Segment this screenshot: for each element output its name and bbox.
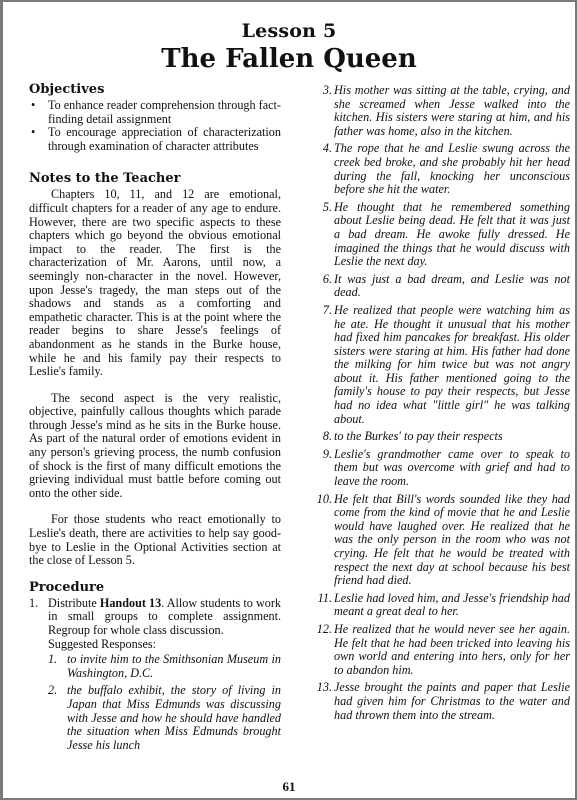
response-text: Leslie's grandmother came over to speak … xyxy=(334,447,570,488)
objectives-section: Objectives To enhance reader comprehensi… xyxy=(29,82,281,153)
response-number: 9. xyxy=(312,448,332,462)
notes-heading: Notes to the Teacher xyxy=(29,171,281,186)
objectives-heading: Objectives xyxy=(29,82,281,97)
step-number: 1. xyxy=(29,597,38,611)
response-item: 3.His mother was sitting at the table, c… xyxy=(334,84,570,138)
response-number: 3. xyxy=(312,84,332,98)
response-text: The rope that he and Leslie swung across… xyxy=(334,141,570,196)
notes-section: Notes to the Teacher Chapters 10, 11, an… xyxy=(29,171,281,567)
response-text: It was just a bad dream, and Leslie was … xyxy=(334,272,570,300)
procedure-section: Procedure 1. Distribute Handout 13. Allo… xyxy=(29,580,281,753)
response-item: 10.He felt that Bill's words sounded lik… xyxy=(334,493,570,588)
response-number: 6. xyxy=(312,273,332,287)
notes-paragraph: Chapters 10, 11, and 12 are emotional, d… xyxy=(29,188,281,378)
response-item: 5.He thought that he remembered somethin… xyxy=(334,201,570,269)
procedure-list: 1. Distribute Handout 13. Allow students… xyxy=(29,597,281,753)
right-column: 3.His mother was sitting at the table, c… xyxy=(334,82,570,726)
suggested-responses-label: Suggested Responses: xyxy=(48,638,281,652)
lesson-label: Lesson 5 xyxy=(3,20,575,42)
response-text: His mother was sitting at the table, cry… xyxy=(334,83,570,138)
response-item: 12.He realized that he would never see h… xyxy=(334,623,570,677)
procedure-heading: Procedure xyxy=(29,580,281,595)
response-number: 5. xyxy=(312,201,332,215)
procedure-step: 1. Distribute Handout 13. Allow students… xyxy=(29,597,281,753)
response-text: He realized that people were watching hi… xyxy=(334,303,570,426)
response-item: 11.Leslie had loved him, and Jesse's fri… xyxy=(334,592,570,619)
response-item: 13.Jesse brought the paints and paper th… xyxy=(334,681,570,722)
response-item: 7.He realized that people were watching … xyxy=(334,304,570,426)
response-number: 1. xyxy=(48,653,57,667)
response-number: 10. xyxy=(312,493,332,507)
responses-list-right: 3.His mother was sitting at the table, c… xyxy=(334,84,570,722)
response-number: 8. xyxy=(312,430,332,444)
response-text: to the Burkes' to pay their respects xyxy=(334,429,503,443)
response-text: He realized that he would never see her … xyxy=(334,622,570,677)
handout-reference: Handout 13 xyxy=(100,596,161,610)
response-number: 13. xyxy=(312,681,332,695)
page-title: The Fallen Queen xyxy=(3,44,575,74)
left-column: Objectives To enhance reader comprehensi… xyxy=(29,82,281,756)
response-item: 6.It was just a bad dream, and Leslie wa… xyxy=(334,273,570,300)
objectives-list: To enhance reader comprehension through … xyxy=(29,99,281,153)
responses-list-left: 1. to invite him to the Smithsonian Muse… xyxy=(48,653,281,752)
response-text: the buffalo exhibit, the story of living… xyxy=(67,683,281,751)
response-number: 7. xyxy=(312,304,332,318)
objective-item: To encourage appreciation of characteriz… xyxy=(29,126,281,153)
response-number: 2. xyxy=(48,684,57,698)
response-item: 1. to invite him to the Smithsonian Muse… xyxy=(48,653,281,680)
response-item: 8.to the Burkes' to pay their respects xyxy=(334,430,570,444)
response-item: 9.Leslie's grandmother came over to spea… xyxy=(334,448,570,489)
notes-paragraph: For those students who react emotionally… xyxy=(29,513,281,567)
response-number: 4. xyxy=(312,142,332,156)
notes-paragraph: The second aspect is the very realistic,… xyxy=(29,392,281,501)
response-item: 2. the buffalo exhibit, the story of liv… xyxy=(48,684,281,752)
objective-item: To enhance reader comprehension through … xyxy=(29,99,281,126)
response-number: 11. xyxy=(312,592,332,606)
response-text: He thought that he remembered something … xyxy=(334,200,570,268)
response-number: 12. xyxy=(312,623,332,637)
document-page: Lesson 5 The Fallen Queen Objectives To … xyxy=(0,0,577,800)
page-number: 61 xyxy=(3,779,575,795)
step-text-before: Distribute xyxy=(48,596,100,610)
response-text: to invite him to the Smithsonian Museum … xyxy=(67,652,281,680)
response-item: 4.The rope that he and Leslie swung acro… xyxy=(334,142,570,196)
response-text: He felt that Bill's words sounded like t… xyxy=(334,492,570,588)
response-text: Leslie had loved him, and Jesse's friend… xyxy=(334,591,570,619)
response-text: Jesse brought the paints and paper that … xyxy=(334,680,570,721)
